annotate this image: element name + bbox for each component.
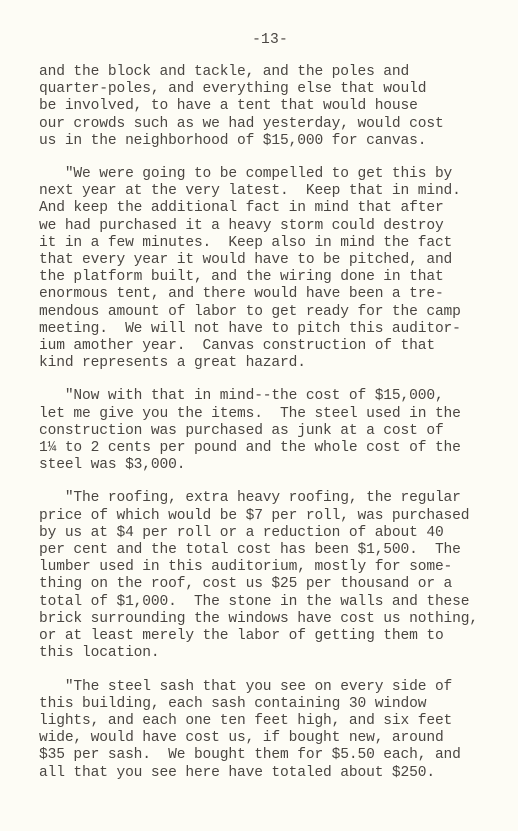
paragraph: and the block and tackle, and the poles …: [39, 64, 509, 150]
text-line: "The roofing, extra heavy roofing, the r…: [39, 490, 509, 507]
text-line: our crowds such as we had yesterday, wou…: [39, 116, 509, 133]
text-line: be involved, to have a tent that would h…: [39, 98, 509, 115]
text-line: next year at the very latest. Keep that …: [39, 183, 509, 200]
text-line: thing on the roof, cost us $25 per thous…: [39, 576, 509, 593]
text-line: lumber used in this auditorium, mostly f…: [39, 559, 509, 576]
text-line: quarter-poles, and everything else that …: [39, 81, 509, 98]
text-line: enormous tent, and there would have been…: [39, 286, 509, 303]
text-line: this building, each sash containing 30 w…: [39, 696, 509, 713]
text-line: mendous amount of labor to get ready for…: [39, 304, 509, 321]
text-line: wide, would have cost us, if bought new,…: [39, 730, 509, 747]
text-line: it in a few minutes. Keep also in mind t…: [39, 235, 509, 252]
text-line: this location.: [39, 645, 509, 662]
text-line: the platform built, and the wiring done …: [39, 269, 509, 286]
text-line: by us at $4 per roll or a reduction of a…: [39, 525, 509, 542]
text-line: lights, and each one ten feet high, and …: [39, 713, 509, 730]
text-line: "The steel sash that you see on every si…: [39, 679, 509, 696]
paragraph: "The steel sash that you see on every si…: [39, 679, 509, 782]
text-line: ium amother year. Canvas construction of…: [39, 338, 509, 355]
text-line: $35 per sash. We bought them for $5.50 e…: [39, 747, 509, 764]
text-line: let me give you the items. The steel use…: [39, 406, 509, 423]
text-line: us in the neighborhood of $15,000 for ca…: [39, 133, 509, 150]
text-line: that every year it would have to be pitc…: [39, 252, 509, 269]
text-line: all that you see here have totaled about…: [39, 765, 509, 782]
text-line: total of $1,000. The stone in the walls …: [39, 594, 509, 611]
paragraph: "The roofing, extra heavy roofing, the r…: [39, 490, 509, 662]
body-text: and the block and tackle, and the poles …: [39, 64, 509, 798]
text-line: meeting. We will not have to pitch this …: [39, 321, 509, 338]
text-line: 1¼ to 2 cents per pound and the whole co…: [39, 440, 509, 457]
paragraph: "We were going to be compelled to get th…: [39, 166, 509, 372]
text-line: and the block and tackle, and the poles …: [39, 64, 509, 81]
text-line: or at least merely the labor of getting …: [39, 628, 509, 645]
text-line: construction was purchased as junk at a …: [39, 423, 509, 440]
page-number: -13-: [0, 32, 518, 48]
text-line: per cent and the total cost has been $1,…: [39, 542, 509, 559]
text-line: we had purchased it a heavy storm could …: [39, 218, 509, 235]
text-line: steel was $3,000.: [39, 457, 509, 474]
text-line: brick surrounding the windows have cost …: [39, 611, 509, 628]
text-line: And keep the additional fact in mind tha…: [39, 200, 509, 217]
paragraph: "Now with that in mind--the cost of $15,…: [39, 388, 509, 474]
text-line: price of which would be $7 per roll, was…: [39, 508, 509, 525]
text-line: kind represents a great hazard.: [39, 355, 509, 372]
text-line: "Now with that in mind--the cost of $15,…: [39, 388, 509, 405]
document-page: -13- and the block and tackle, and the p…: [0, 0, 518, 831]
text-line: "We were going to be compelled to get th…: [39, 166, 509, 183]
